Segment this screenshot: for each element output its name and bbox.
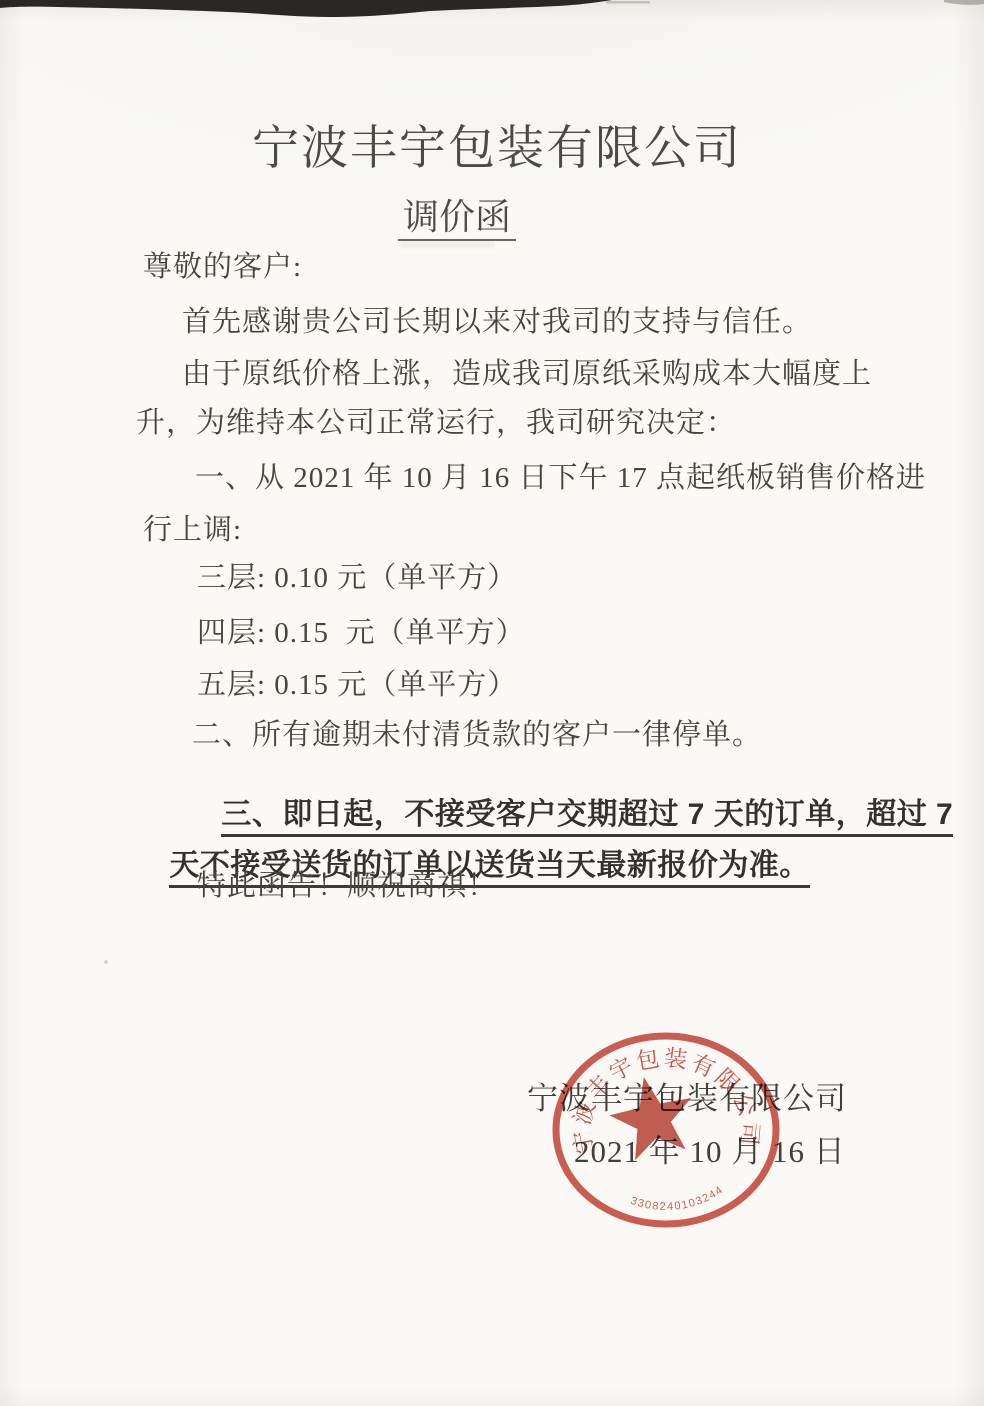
stamp-serial-label: 3308240103244 [629, 1184, 726, 1213]
stamp-serial: 3308240103244 [629, 1184, 726, 1213]
scan-artifact-band [0, 0, 612, 17]
price-line-5layer: 五层: 0.15 元（单平方） [197, 671, 517, 700]
scanned-letter-page: 宁波丰宇包装有限公司 调价函 尊敬的客户: 首先感谢贵公司长期以来对我司的支持与… [0, 0, 984, 1406]
scan-artifact-streak [606, 1, 650, 4]
reason-line-2: 升，为维持本公司正常运行，我司研究决定： [136, 409, 736, 438]
company-title: 宁波丰宇包装有限公司 [252, 126, 742, 173]
company-stamp: 宁波丰宇包装有限公司 3308240103244 [545, 1030, 790, 1235]
scan-smudge [400, 241, 495, 248]
item1-line-1: 一、从 2021 年 10 月 16 日下午 17 点起纸板销售价格进 [195, 464, 926, 493]
item2-line: 二、所有逾期未付清货款的客户一律停单。 [192, 721, 762, 750]
intro-line: 首先感谢贵公司长期以来对我司的支持与信任。 [182, 308, 812, 337]
scan-artifact-top [0, 0, 984, 24]
scan-artifact-corner [944, 0, 984, 5]
letter-title: 调价函 [398, 199, 516, 241]
price-line-3layer: 三层: 0.10 元（单平方） [197, 564, 517, 593]
star-icon [609, 1077, 691, 1160]
price-line-4layer: 四层: 0.15 元（单平方） [197, 619, 526, 648]
salutation: 尊敬的客户: [143, 253, 302, 282]
scan-speck [104, 960, 108, 964]
reason-line-1: 由于原纸价格上涨，造成我司原纸采购成本大幅度上 [182, 360, 872, 389]
closing-line: 特此函告！顺祝商祺！ [197, 872, 497, 901]
item1-line-2: 行上调: [143, 516, 242, 545]
